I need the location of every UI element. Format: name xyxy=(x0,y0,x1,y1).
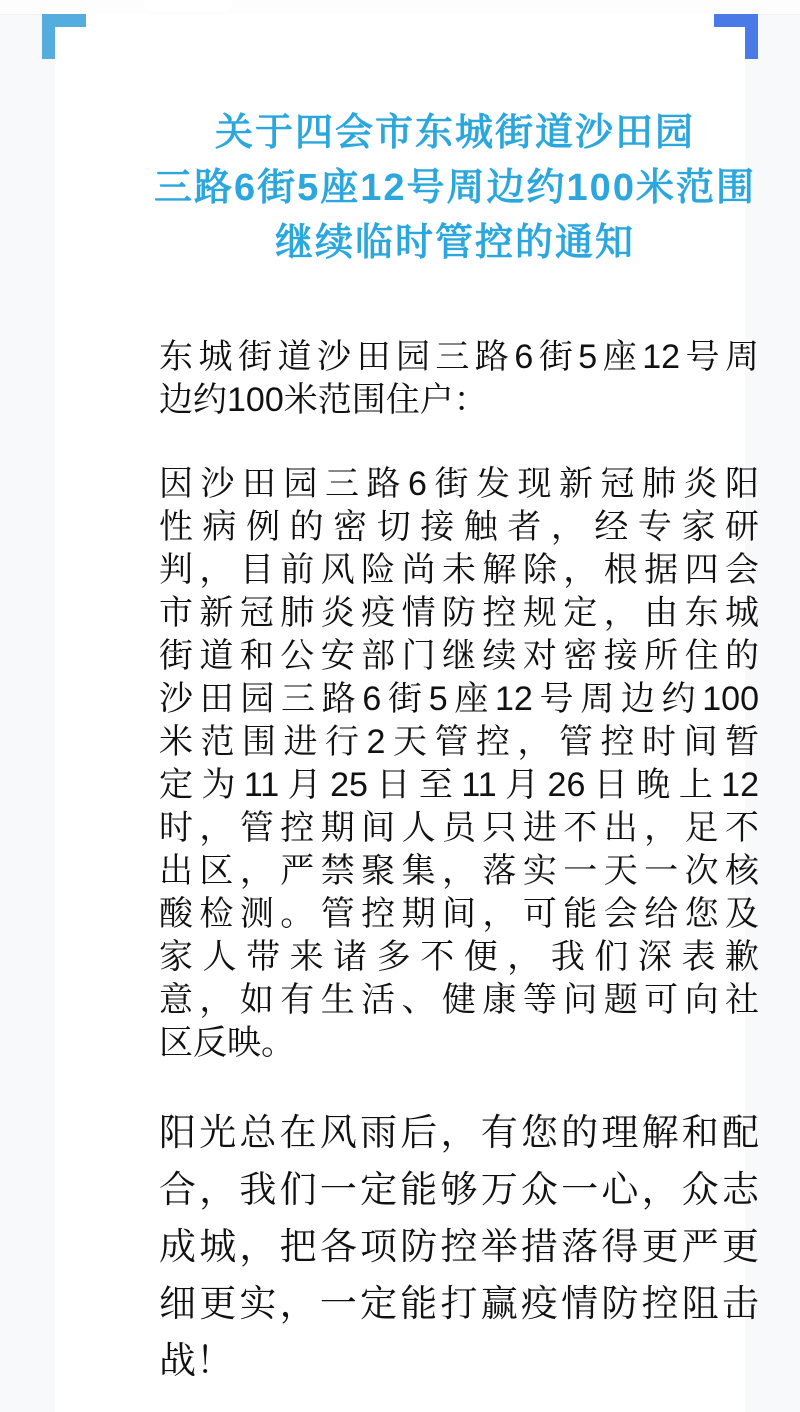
notice-title: 关于四会市东城街道沙田园 三路6街5座12号周边约100米范围 继续临时管控的通… xyxy=(95,106,800,271)
body-line: 定为11月25日至11月26日晚上12 xyxy=(159,764,759,807)
corner-bracket-top-right-icon xyxy=(714,14,758,59)
top-notch xyxy=(143,0,233,12)
corner-bracket-top-left-icon xyxy=(42,14,86,59)
body-line: 时，管控期间人员只进不出，足不 xyxy=(159,807,759,850)
body-line: 沙田园三路6街5座12号周边约100 xyxy=(159,678,759,721)
notice-page: 关于四会市东城街道沙田园 三路6街5座12号周边约100米范围 继续临时管控的通… xyxy=(0,0,800,1412)
notice-card: 关于四会市东城街道沙田园 三路6街5座12号周边约100米范围 继续临时管控的通… xyxy=(55,14,745,1412)
body-line: 市新冠肺炎疫情防控规定，由东城 xyxy=(159,592,759,635)
greeting-paragraph: 东城街道沙田园三路6街5座12号周 边约100米范围住户： xyxy=(159,336,759,422)
body-line: 性病例的密切接触者，经专家研 xyxy=(159,506,759,549)
body-line: 区反映。 xyxy=(159,1022,759,1065)
closing-line: 细更实，一定能打赢疫情防控阻击 xyxy=(159,1275,759,1332)
top-band xyxy=(0,0,800,15)
body-line: 街道和公安部门继续对密接所住的 xyxy=(159,635,759,678)
body-line: 米范围进行2天管控，管控时间暂 xyxy=(159,721,759,764)
closing-line: 战！ xyxy=(159,1332,759,1389)
body-line: 因沙田园三路6街发现新冠肺炎阳 xyxy=(159,463,759,506)
body-line: 家人带来诸多不便，我们深表歉 xyxy=(159,936,759,979)
title-line: 关于四会市东城街道沙田园 xyxy=(95,106,800,161)
closing-line: 合，我们一定能够万众一心，众志 xyxy=(159,1161,759,1218)
title-line: 继续临时管控的通知 xyxy=(95,216,800,271)
greeting-line: 边约100米范围住户： xyxy=(159,379,759,422)
greeting-line: 东城街道沙田园三路6街5座12号周 xyxy=(159,336,759,379)
closing-line: 成城，把各项防控举措落得更严更 xyxy=(159,1218,759,1275)
title-line: 三路6街5座12号周边约100米范围 xyxy=(95,161,800,216)
main-paragraph: 因沙田园三路6街发现新冠肺炎阳 性病例的密切接触者，经专家研 判，目前风险尚未解… xyxy=(159,463,759,1065)
body-line: 意，如有生活、健康等问题可向社 xyxy=(159,979,759,1022)
body-line: 酸检测。管控期间，可能会给您及 xyxy=(159,893,759,936)
closing-paragraph: 阳光总在风雨后，有您的理解和配 合，我们一定能够万众一心，众志 成城，把各项防控… xyxy=(159,1104,759,1389)
closing-line: 阳光总在风雨后，有您的理解和配 xyxy=(159,1104,759,1161)
body-line: 判，目前风险尚未解除，根据四会 xyxy=(159,549,759,592)
body-line: 出区，严禁聚集，落实一天一次核 xyxy=(159,850,759,893)
